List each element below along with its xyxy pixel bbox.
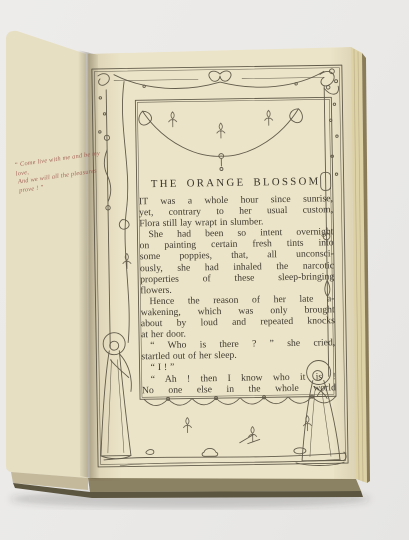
text-lines: IT was a whole hour since sunrise,yet, c… <box>139 193 336 396</box>
photo-of-open-book: “ Come live with me and be my love, And … <box>0 0 409 540</box>
haloed-figure-left <box>99 332 132 458</box>
panel-top-garland <box>139 109 303 172</box>
page-text: THE ORANGE BLOSSOM IT was a whole hour s… <box>139 175 336 396</box>
left-page-surface <box>6 31 88 478</box>
chapter-title: THE ORANGE BLOSSOM <box>139 175 333 190</box>
top-garland <box>98 69 339 179</box>
recto-content: THE ORANGE BLOSSOM IT was a whole hour s… <box>84 44 363 492</box>
left-border-ribbons <box>103 81 132 347</box>
bottom-garland <box>103 395 346 466</box>
